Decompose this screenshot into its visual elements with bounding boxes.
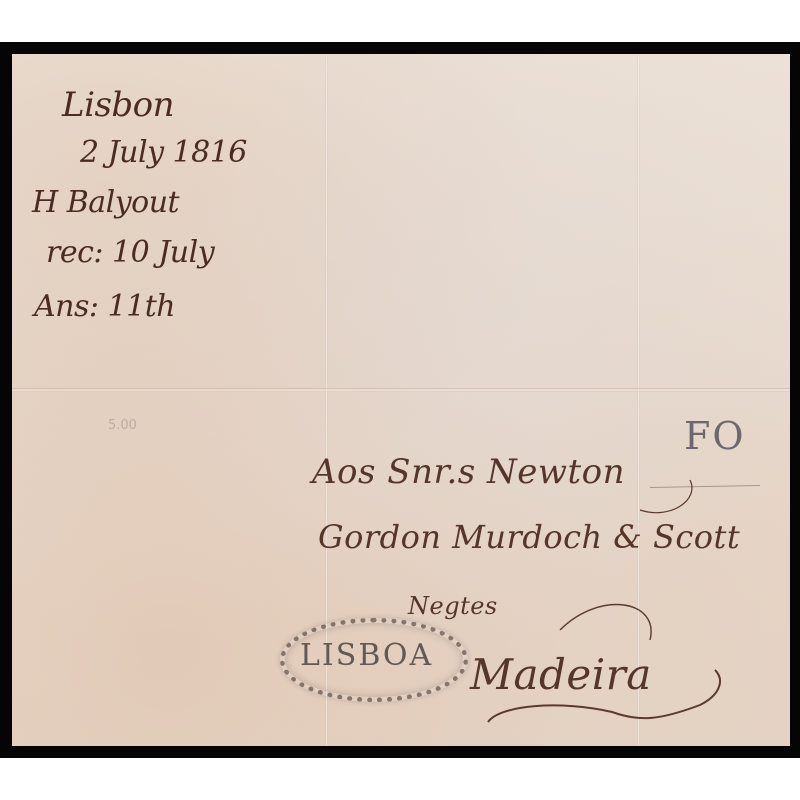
pen-flourishes — [0, 0, 800, 800]
